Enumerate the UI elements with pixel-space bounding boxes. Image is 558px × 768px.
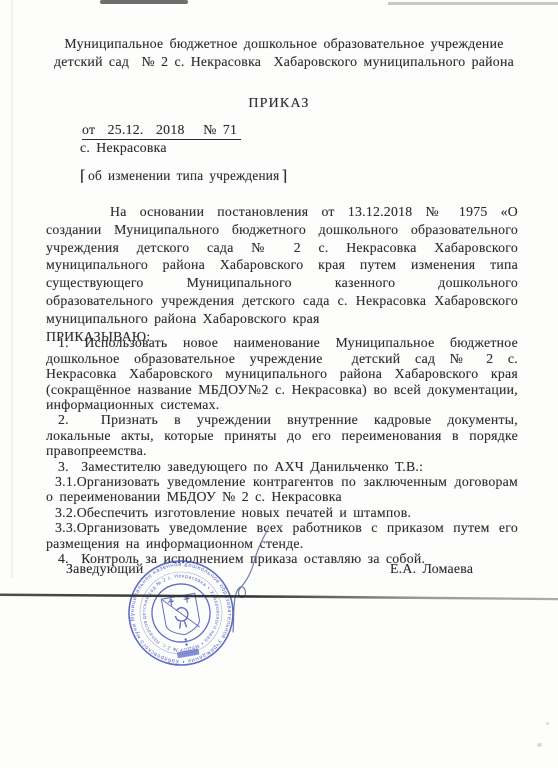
org-name-line2: детский сад № 2 с. Некрасовка Хабаровско… [40, 53, 528, 71]
subject-text: об изменении типа учреждения [88, 168, 279, 183]
scan-speck [537, 743, 542, 747]
scan-edge-artifact-left [11, 0, 13, 578]
order-body: На основании постановления от 13.12.2018… [46, 203, 518, 566]
date-number-line: от 25.12. 2018 № 71 [82, 122, 241, 140]
org-header: Муниципальное бюджетное дошкольное образ… [40, 35, 528, 71]
handwritten-signature-stroke [225, 524, 280, 636]
org-name-line1: Муниципальное бюджетное дошкольное образ… [40, 35, 528, 53]
preamble-paragraph: На основании постановления от 13.12.2018… [46, 203, 518, 328]
scan-line-artifact [0, 588, 558, 604]
subject-line: ⌈об изменении типа учреждения⌉ [78, 167, 290, 186]
stamp-bear-figure [174, 607, 190, 629]
signature-name: Е.А. Ломаева [390, 561, 473, 577]
document-title: ПРИКАЗ [0, 96, 558, 112]
scan-speck [546, 722, 549, 725]
order-items: 1. Использовать новое наименование Муниц… [46, 335, 518, 566]
scan-edge-artifact-top-left [100, 0, 188, 4]
order-item-3-2: 3.2.Обеспечить изготовление новых печате… [46, 505, 518, 520]
subject-bracket-left: ⌈ [78, 169, 88, 185]
order-item-1: 1. Использовать новое наименование Муниц… [46, 335, 518, 412]
order-item-3-3: 3.3.Организовать уведомление всех работн… [46, 520, 518, 551]
order-item-2: 2. Признать в учреждении внутренние кадр… [46, 412, 518, 458]
order-item-3: 3. Заместителю заведующего по АХЧ Даниль… [46, 459, 518, 474]
scanned-order-document: Муниципальное бюджетное дошкольное образ… [0, 0, 558, 768]
scan-edge-artifact-top-right [388, 2, 558, 5]
order-item-3-1: 3.1.Организовать уведомление контрагенто… [46, 474, 518, 505]
place-line: с. Некрасовка [80, 140, 167, 156]
subject-bracket-right: ⌉ [279, 169, 289, 185]
